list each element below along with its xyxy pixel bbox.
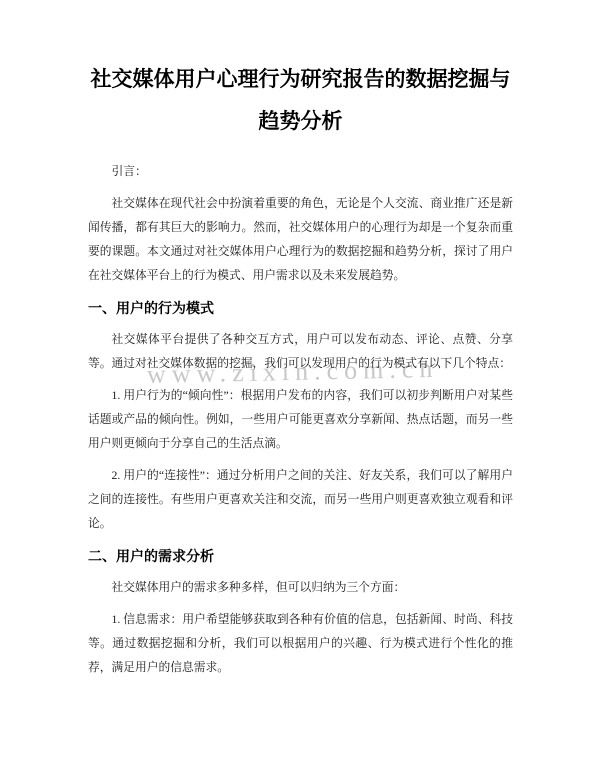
section-2-lead-paragraph: 社交媒体用户的需求多种多样，但可以归纳为三个方面：	[88, 576, 513, 600]
section-1-heading: 一、用户的行为模式	[88, 296, 513, 320]
section-1-lead-paragraph: 社交媒体平台提供了各种交互方式，用户可以发布动态、评论、点赞、分享等。通过对社交…	[88, 328, 513, 376]
section-1-item-1: 1. 用户行为的“倾向性”：根据用户发布的内容，我们可以初步判断用户对某些话题或…	[88, 384, 513, 456]
intro-label: 引言：	[88, 160, 513, 184]
document-body: 社交媒体用户心理行为研究报告的数据挖掘与趋势分析 引言： 社交媒体在现代社会中扮…	[88, 59, 513, 688]
section-2-item-1: 1. 信息需求：用户希望能够获取到各种有价值的信息，包括新闻、时尚、科技等。通过…	[88, 608, 513, 680]
document-title: 社交媒体用户心理行为研究报告的数据挖掘与趋势分析	[88, 59, 513, 143]
section-1-item-2: 2. 用户的“连接性”：通过分析用户之间的关注、好友关系，我们可以了解用户之间的…	[88, 464, 513, 536]
document-page: www.zixin.com.cn 社交媒体用户心理行为研究报告的数据挖掘与趋势分…	[0, 0, 600, 776]
intro-paragraph: 社交媒体在现代社会中扮演着重要的角色，无论是个人交流、商业推广还是新闻传播，都有…	[88, 192, 513, 288]
section-2-heading: 二、用户的需求分析	[88, 544, 513, 568]
